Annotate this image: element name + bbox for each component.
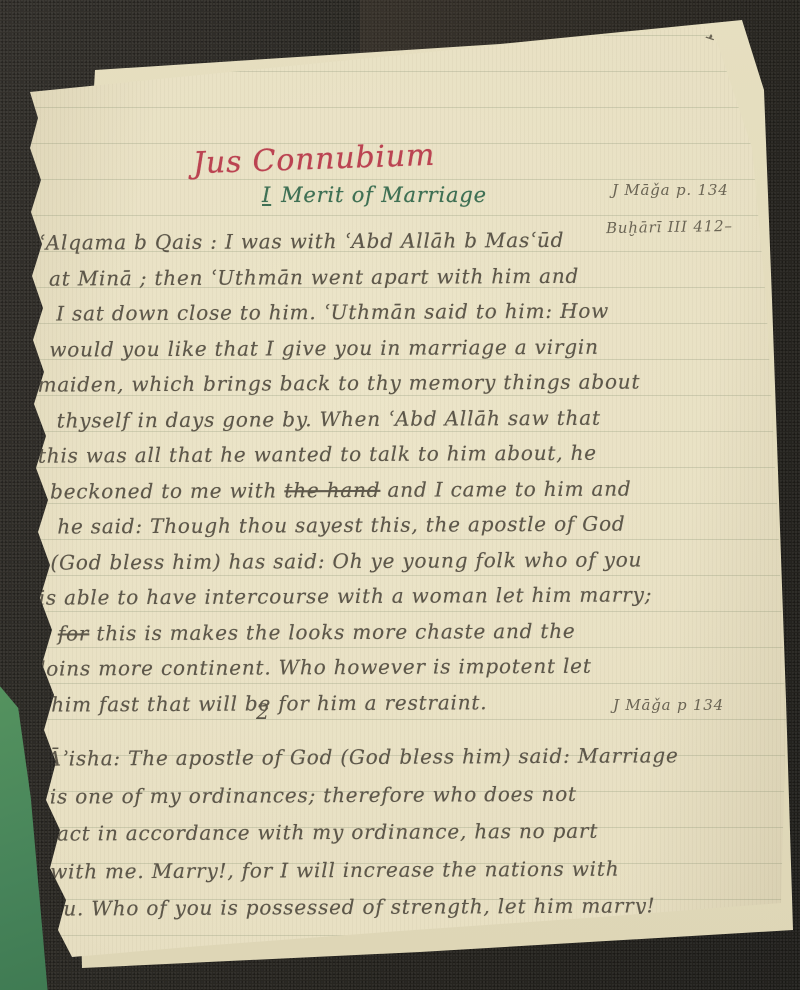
manuscript-line: at Minā ; then ʿUthmān went apart with h…: [49, 258, 657, 297]
manuscript-line: maiden, which brings back to thy memory …: [37, 364, 657, 403]
manuscript-line: is one of my ordinances; therefore who d…: [50, 775, 658, 816]
page-title: Jus Connubium: [192, 138, 435, 181]
hadith-text-1: ʿAlqama b Qais : I was with ʿAbd Allāh b…: [37, 222, 660, 722]
manuscript-page: 1 Jus Connubium IMerit of Marriage J Māǧ…: [0, 0, 800, 990]
manuscript-line: for this is makes the looks more chaste …: [58, 613, 659, 652]
hadith-text-2: ʿĀʾisha: The apostle of God (God bless h…: [38, 737, 659, 928]
manuscript-line: he said: Though thou sayest this, the ap…: [57, 506, 658, 545]
manuscript-line: with me. Marry!, for I will increase the…: [50, 850, 658, 891]
section-roman-numeral: I: [262, 183, 271, 207]
margin-reference-1: J Māǧa p. 134: [612, 181, 729, 199]
manuscript-line: beckoned to me with the hand and I came …: [50, 471, 658, 510]
manuscript-photo: 1 Jus Connubium IMerit of Marriage J Māǧ…: [0, 0, 800, 990]
manuscript-line: would you like that I give you in marria…: [49, 329, 657, 368]
manuscript-line: ʿĀʾisha: The apostle of God (God bless h…: [40, 737, 658, 778]
manuscript-line: thyself in days gone by. When ʿAbd Allāh…: [57, 400, 658, 439]
section-heading: IMerit of Marriage: [262, 183, 487, 207]
manuscript-line: ʿAlqama b Qais : I was with ʿAbd Allāh b…: [39, 222, 657, 261]
manuscript-line: is able to have intercourse with a woman…: [39, 577, 659, 616]
section-heading-text: Merit of Marriage: [281, 183, 487, 207]
manuscript-line: this was all that he wanted to talk to h…: [38, 435, 658, 474]
manuscript-line: (God bless him) has said: Oh ye young fo…: [50, 542, 658, 581]
manuscript-line: him fast that will be for him a restrain…: [51, 684, 659, 723]
manuscript-line: loins more continent. Who however is imp…: [39, 648, 659, 687]
manuscript-line: act in accordance with my ordinance, has…: [57, 812, 658, 853]
hadith-2-number: 2: [256, 700, 270, 724]
manuscript-line: I sat down close to him. ʿUthmān said to…: [56, 293, 657, 332]
